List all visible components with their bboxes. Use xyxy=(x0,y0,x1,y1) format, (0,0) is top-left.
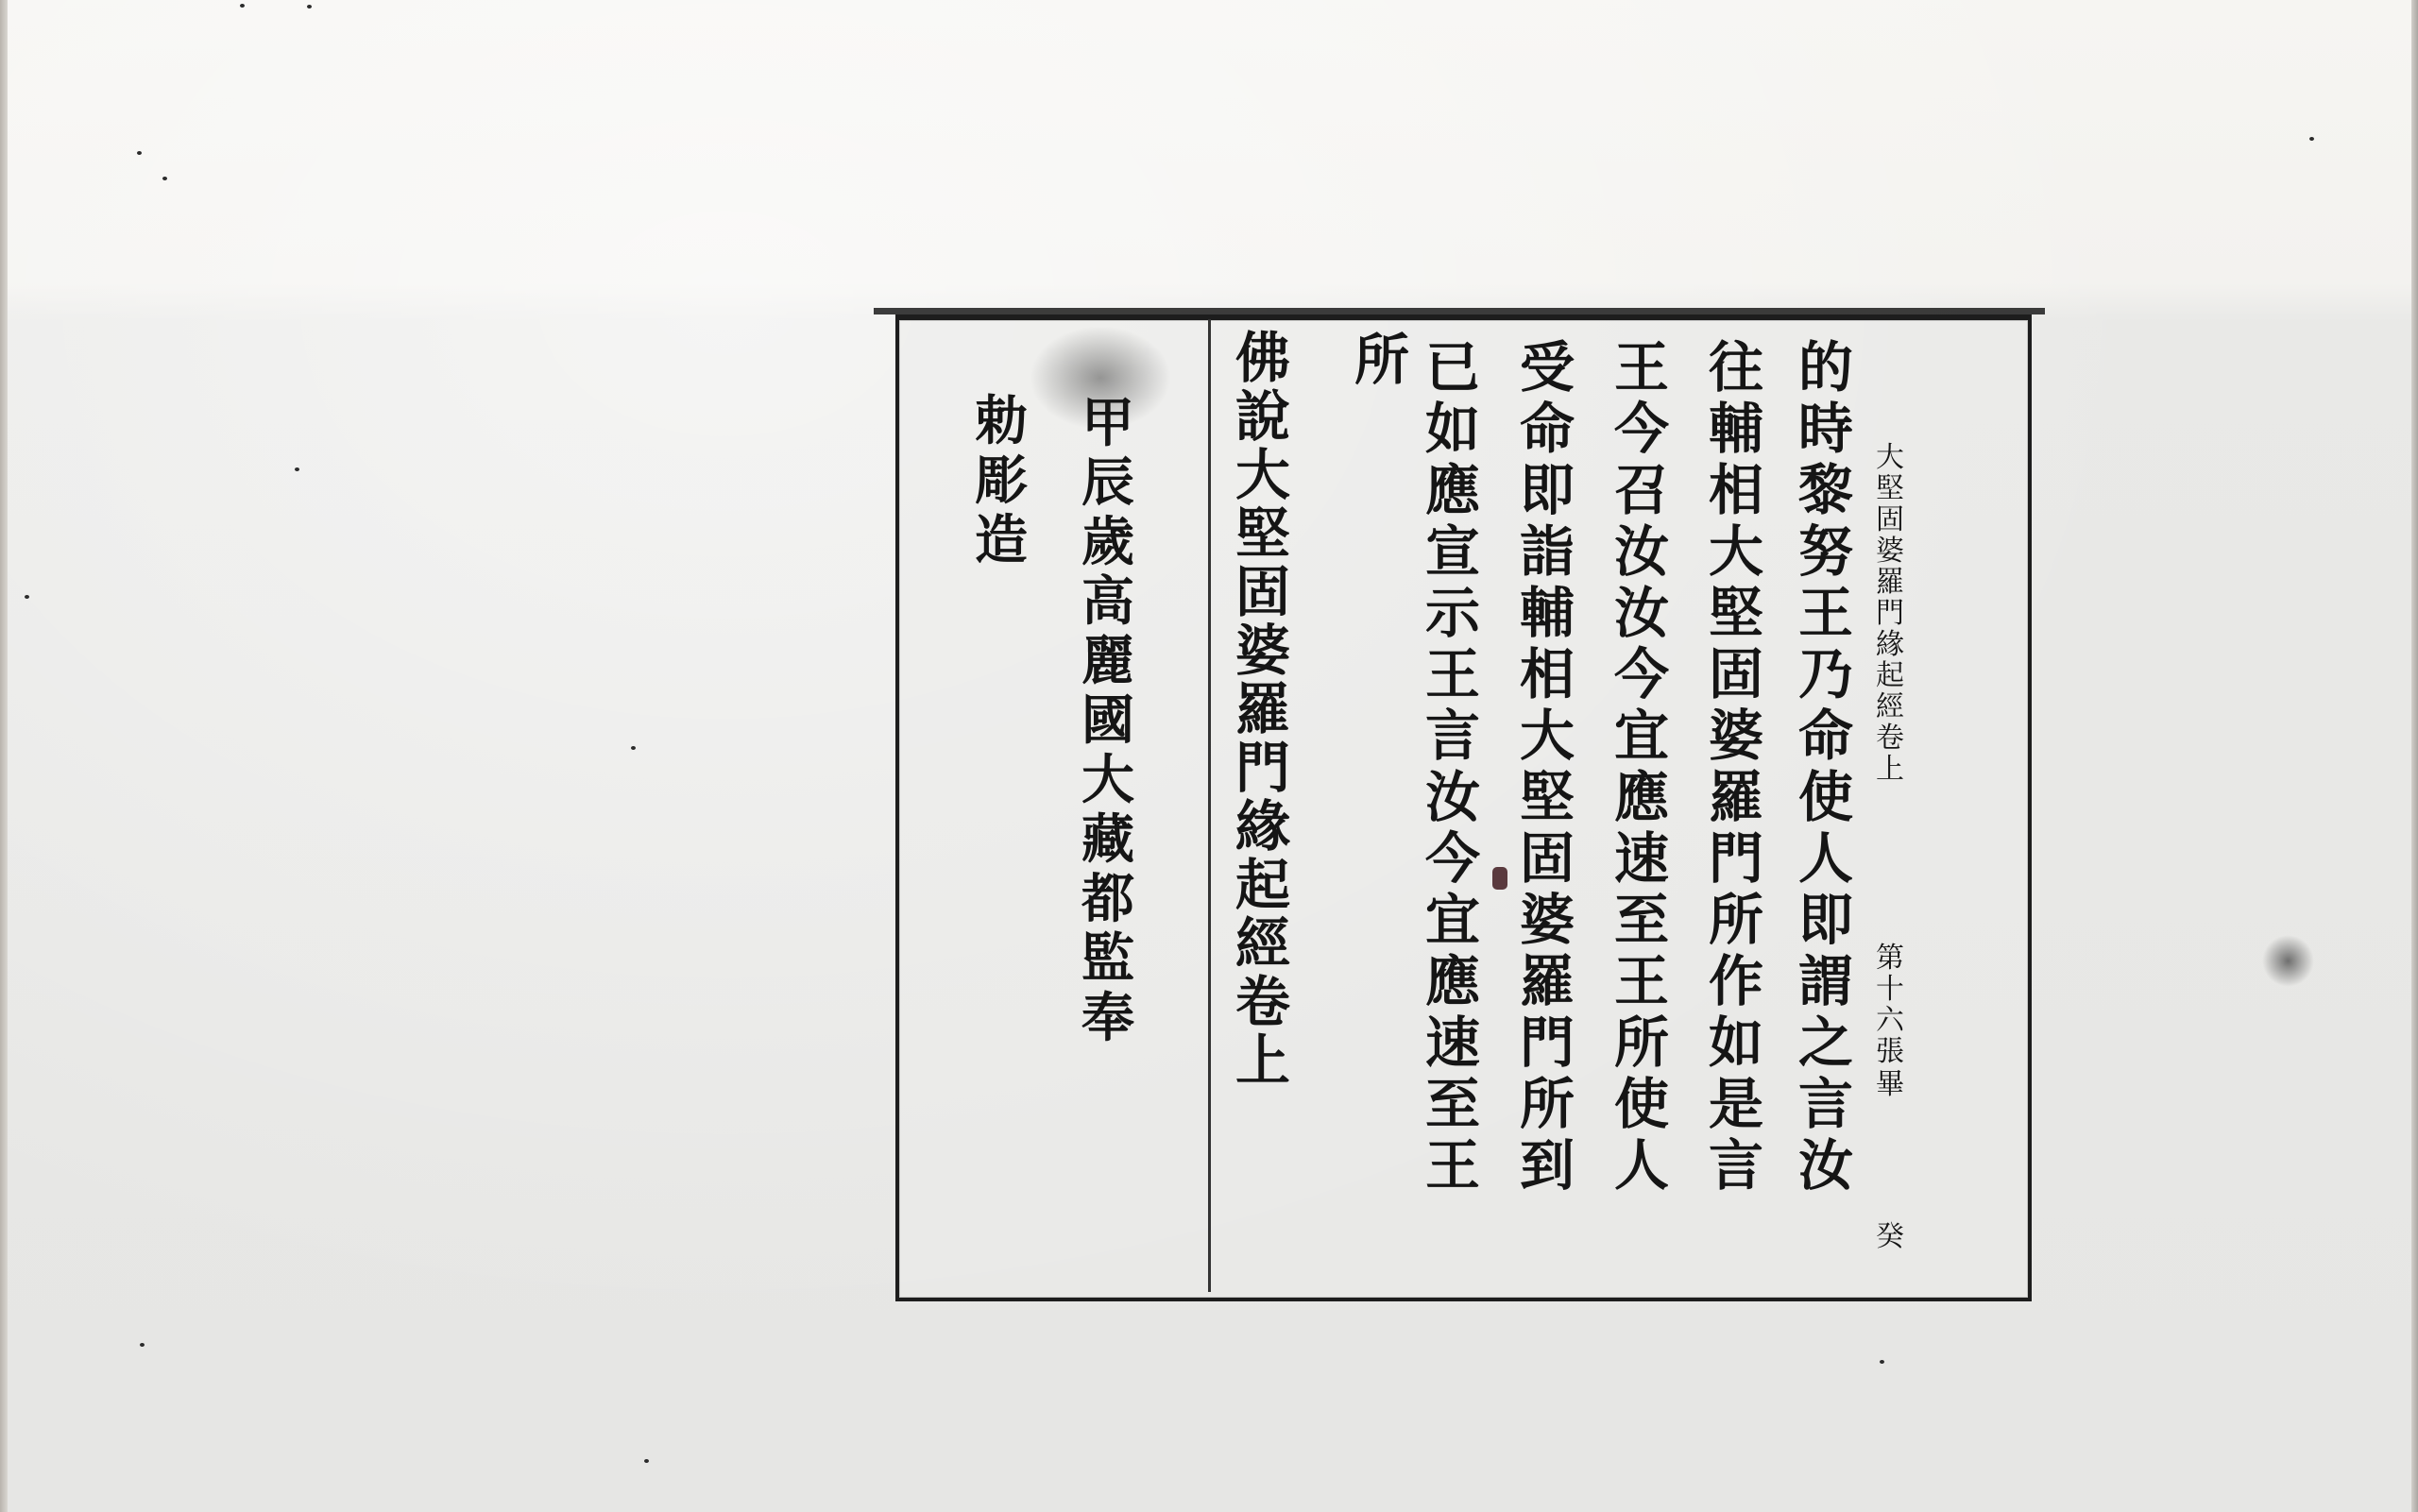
glyph: 勅 xyxy=(975,395,1028,454)
margin-carver-mark: 癸 xyxy=(1873,1223,1907,1254)
glyph: 藏 xyxy=(1081,813,1134,873)
glyph: 汝 xyxy=(1425,770,1480,831)
glyph: 的 xyxy=(1798,340,1853,401)
glyph: 應 xyxy=(1425,463,1480,524)
sutra-title-column: 佛說大堅固婆羅門緣起經卷上 xyxy=(1230,331,1296,1092)
glyph: 婆 xyxy=(1876,537,1904,569)
glyph: 堅 xyxy=(1876,475,1904,506)
glyph: 命 xyxy=(1798,708,1853,770)
glyph: 彫 xyxy=(975,454,1028,514)
glyph: 王 xyxy=(1614,954,1669,1015)
block-top-rule xyxy=(874,308,2045,314)
red-stain xyxy=(1492,867,1507,890)
paper-fleck xyxy=(25,595,29,599)
text-column-1: 的時黎努王乃命使人即謂之言汝 xyxy=(1793,340,1859,1199)
glyph: 努 xyxy=(1798,524,1853,586)
glyph: 門 xyxy=(1235,740,1290,799)
glyph: 輔 xyxy=(1520,586,1575,647)
glyph: 堅 xyxy=(1520,770,1575,831)
glyph: 王 xyxy=(1425,647,1480,708)
glyph: 門 xyxy=(1876,600,1904,631)
text-column-3: 王今召汝汝今宜應速至王所使人 xyxy=(1609,340,1675,1199)
glyph: 大 xyxy=(1235,448,1290,506)
ink-smudge xyxy=(2262,935,2314,987)
colophon-column-2: 勅彫造 xyxy=(968,395,1034,573)
glyph: 大 xyxy=(1876,444,1904,475)
glyph: 今 xyxy=(1425,831,1480,892)
glyph: 宣 xyxy=(1425,524,1480,586)
glyph: 監 xyxy=(1081,932,1134,992)
glyph: 往 xyxy=(1709,340,1763,401)
glyph: 第 xyxy=(1876,944,1904,976)
glyph: 謂 xyxy=(1798,954,1853,1015)
margin-title: 大堅固婆羅門緣起經卷上 xyxy=(1873,444,1907,787)
glyph: 宜 xyxy=(1425,892,1480,954)
glyph: 詣 xyxy=(1520,524,1575,586)
page-edge-right xyxy=(2411,0,2418,1512)
glyph: 至 xyxy=(1614,892,1669,954)
glyph: 王 xyxy=(1614,340,1669,401)
glyph: 所 xyxy=(1614,1015,1669,1077)
margin-page-mark: 畢 xyxy=(1873,1071,1907,1102)
glyph: 輔 xyxy=(1709,401,1763,463)
glyph: 羅 xyxy=(1520,954,1575,1015)
glyph: 相 xyxy=(1520,647,1575,708)
glyph: 今 xyxy=(1614,401,1669,463)
glyph: 癸 xyxy=(1876,1223,1904,1254)
glyph: 上 xyxy=(1235,1033,1290,1092)
glyph: 大 xyxy=(1709,524,1763,586)
paper-fleck xyxy=(644,1459,649,1463)
glyph: 羅 xyxy=(1709,770,1763,831)
glyph: 王 xyxy=(1798,586,1853,647)
glyph: 相 xyxy=(1709,463,1763,524)
glyph: 作 xyxy=(1709,954,1763,1015)
glyph: 甲 xyxy=(1081,397,1134,456)
glyph: 緣 xyxy=(1235,799,1290,858)
glyph: 召 xyxy=(1614,463,1669,524)
glyph: 時 xyxy=(1798,401,1853,463)
glyph: 麗 xyxy=(1081,635,1134,694)
column-divider-line xyxy=(1208,319,1211,1292)
glyph: 已 xyxy=(1425,340,1480,401)
glyph: 所 xyxy=(1354,332,1409,394)
glyph: 羅 xyxy=(1235,682,1290,740)
paper-fleck xyxy=(2309,137,2314,141)
glyph: 速 xyxy=(1425,1015,1480,1077)
glyph: 固 xyxy=(1709,647,1763,708)
glyph: 門 xyxy=(1709,831,1763,892)
glyph: 固 xyxy=(1520,831,1575,892)
glyph: 婆 xyxy=(1520,892,1575,954)
text-column-5: 已如應宣示王言汝今宜應速至王 xyxy=(1420,340,1486,1199)
glyph: 汝 xyxy=(1614,524,1669,586)
glyph: 大 xyxy=(1520,708,1575,770)
glyph: 汝 xyxy=(1798,1138,1853,1199)
paper-fleck xyxy=(162,177,167,180)
glyph: 黎 xyxy=(1798,463,1853,524)
glyph: 高 xyxy=(1081,575,1134,635)
glyph: 言 xyxy=(1425,708,1480,770)
glyph: 經 xyxy=(1235,916,1290,975)
colophon-column-1: 甲辰歲高麗國大藏都監奉 xyxy=(1075,397,1141,1051)
glyph: 如 xyxy=(1709,1015,1763,1077)
glyph: 卷 xyxy=(1235,975,1290,1033)
glyph: 汝 xyxy=(1614,586,1669,647)
paper-fleck xyxy=(1880,1360,1884,1364)
glyph: 婆 xyxy=(1235,623,1290,682)
page-edge-left xyxy=(0,0,8,1512)
glyph: 示 xyxy=(1425,586,1480,647)
glyph: 羅 xyxy=(1876,569,1904,600)
text-column-2: 往輔相大堅固婆羅門所作如是言 xyxy=(1703,340,1769,1199)
glyph: 經 xyxy=(1876,693,1904,724)
glyph: 即 xyxy=(1520,463,1575,524)
glyph: 所 xyxy=(1520,1077,1575,1138)
glyph: 奉 xyxy=(1081,992,1134,1051)
glyph: 婆 xyxy=(1709,708,1763,770)
glyph: 堅 xyxy=(1709,586,1763,647)
glyph: 王 xyxy=(1425,1138,1480,1199)
glyph: 所 xyxy=(1709,892,1763,954)
glyph: 都 xyxy=(1081,873,1134,932)
glyph: 如 xyxy=(1425,401,1480,463)
glyph: 使 xyxy=(1798,770,1853,831)
glyph: 受 xyxy=(1520,340,1575,401)
glyph: 言 xyxy=(1798,1077,1853,1138)
glyph: 大 xyxy=(1081,754,1134,813)
glyph: 卷 xyxy=(1876,724,1904,756)
glyph: 上 xyxy=(1876,756,1904,787)
glyph: 十 xyxy=(1876,976,1904,1007)
glyph: 堅 xyxy=(1235,506,1290,565)
glyph: 使 xyxy=(1614,1077,1669,1138)
glyph: 佛 xyxy=(1235,331,1290,389)
glyph: 言 xyxy=(1709,1138,1763,1199)
glyph: 固 xyxy=(1235,565,1290,623)
glyph: 造 xyxy=(975,514,1028,573)
glyph: 六 xyxy=(1876,1007,1904,1038)
glyph: 命 xyxy=(1520,401,1575,463)
paper-fleck xyxy=(137,151,142,155)
glyph: 國 xyxy=(1081,694,1134,754)
paper-fleck xyxy=(295,467,299,471)
paper-fleck xyxy=(140,1343,145,1347)
paper-fleck xyxy=(307,5,312,8)
glyph: 應 xyxy=(1614,770,1669,831)
glyph: 畢 xyxy=(1876,1071,1904,1102)
glyph: 歲 xyxy=(1081,516,1134,575)
glyph: 乃 xyxy=(1798,647,1853,708)
glyph: 之 xyxy=(1798,1015,1853,1077)
glyph: 固 xyxy=(1876,506,1904,537)
glyph: 辰 xyxy=(1081,456,1134,516)
text-column-6: 所 xyxy=(1349,332,1415,394)
glyph: 宜 xyxy=(1614,708,1669,770)
margin-page-number: 第十六張 xyxy=(1873,944,1907,1069)
glyph: 起 xyxy=(1876,662,1904,693)
glyph: 到 xyxy=(1520,1138,1575,1199)
glyph: 今 xyxy=(1614,647,1669,708)
paper-fleck xyxy=(631,746,636,750)
glyph: 即 xyxy=(1798,892,1853,954)
glyph: 至 xyxy=(1425,1077,1480,1138)
glyph: 人 xyxy=(1798,831,1853,892)
glyph: 張 xyxy=(1876,1038,1904,1069)
paper-fleck xyxy=(240,4,245,8)
glyph: 是 xyxy=(1709,1077,1763,1138)
glyph: 應 xyxy=(1425,954,1480,1015)
glyph: 門 xyxy=(1520,1015,1575,1077)
text-column-4: 受命即詣輔相大堅固婆羅門所到 xyxy=(1514,340,1580,1199)
glyph: 起 xyxy=(1235,858,1290,916)
glyph: 緣 xyxy=(1876,631,1904,662)
glyph: 說 xyxy=(1235,389,1290,448)
glyph: 人 xyxy=(1614,1138,1669,1199)
glyph: 速 xyxy=(1614,831,1669,892)
